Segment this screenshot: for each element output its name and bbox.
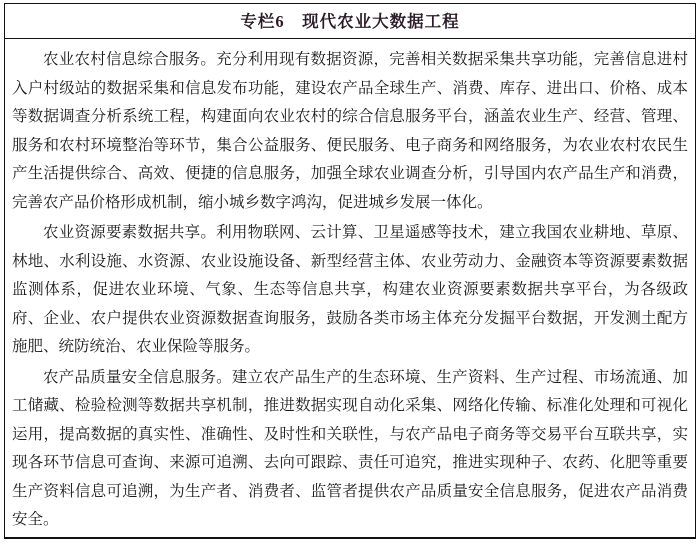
column-box-body: 农业农村信息综合服务。充分利用现有数据资源，完善相关数据采集共享功能，完善信息进… [5,39,695,535]
paragraph-product-quality-safety-info: 农产品质量安全信息服务。建立农产品生产的生态环境、生产资料、生产过程、市场流通、… [12,364,688,535]
column-box: 专栏6 现代农业大数据工程 农业农村信息综合服务。充分利用现有数据资源，完善相关… [4,3,696,539]
paragraph-agri-resource-data-sharing: 农业资源要素数据共享。利用物联网、云计算、卫星遥感等技术，建立我国农业耕地、草原… [12,219,688,362]
column-box-title: 专栏6 现代农业大数据工程 [5,4,695,39]
document-page: 专栏6 现代农业大数据工程 农业农村信息综合服务。充分利用现有数据资源，完善相关… [0,0,700,549]
paragraph-agri-rural-info-service: 农业农村信息综合服务。充分利用现有数据资源，完善相关数据采集共享功能，完善信息进… [12,46,688,217]
